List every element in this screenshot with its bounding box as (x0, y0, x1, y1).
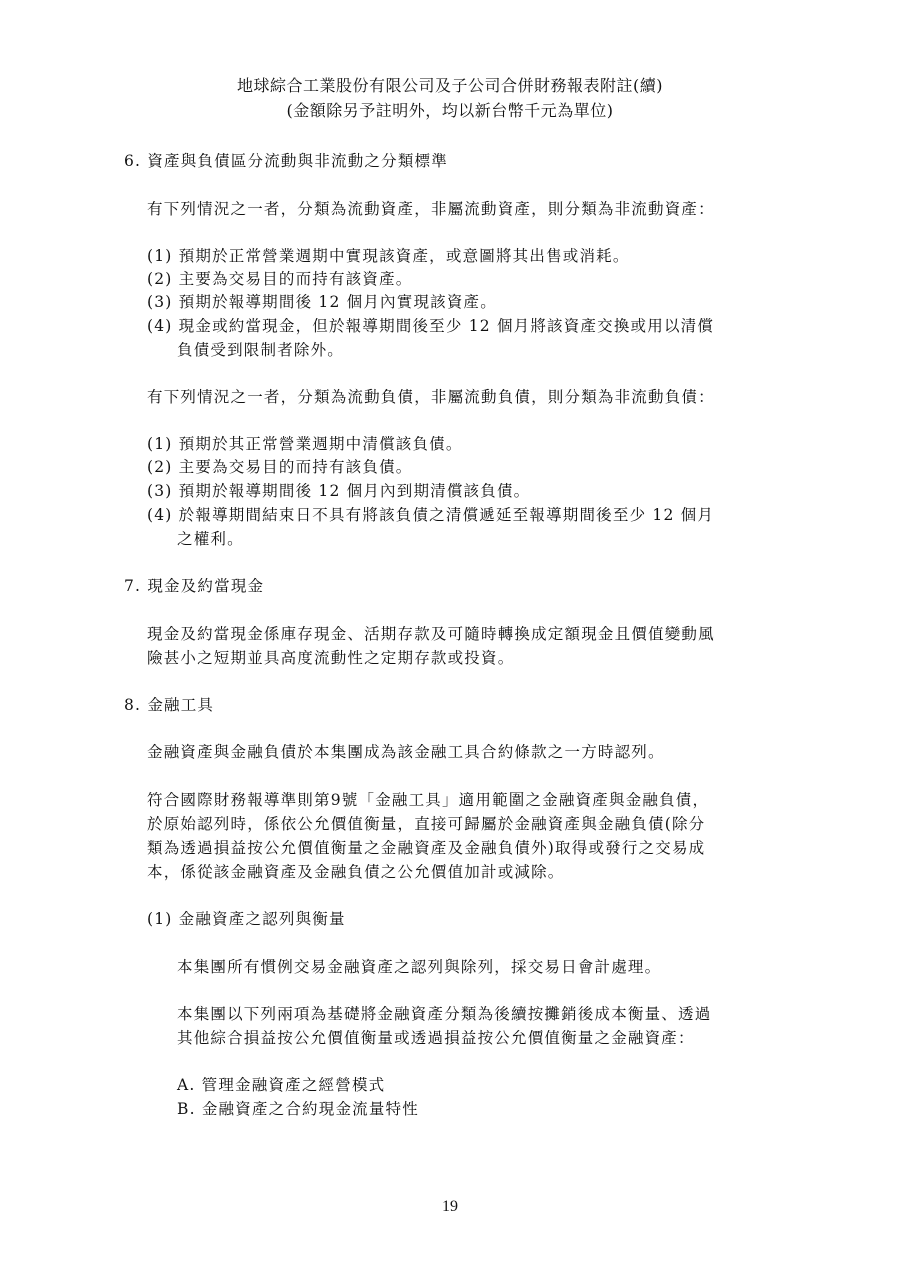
assets-item-2: (2) 主要為交易目的而持有該資產。 (147, 268, 412, 291)
page-number: 19 (0, 1198, 900, 1216)
liabilities-item-2: (2) 主要為交易目的而持有該負債。 (147, 456, 412, 479)
section-7-body-line-1: 現金及約當現金係庫存現金、活期存款及可隨時轉換成定額現金且價值變動風 (147, 623, 715, 646)
section-6-heading: 6. 資產與負債區分流動與非流動之分類標準 (124, 150, 448, 173)
document-page: 地球綜合工業股份有限公司及子公司合併財務報表附註(續) (金額除另予註明外，均以… (0, 0, 900, 1273)
assets-item-4-cont: 負債受到限制者除外。 (177, 339, 344, 362)
section-8-para-2-line-4: 本，係從該金融資產及金融負債之公允價值加計或減除。 (147, 861, 565, 884)
liabilities-item-3: (3) 預期於報導期間後 12 個月內到期清償該負債。 (147, 480, 530, 503)
liabilities-item-4: (4) 於報導期間結束日不具有將該負債之清償遞延至報導期間後至少 12 個月 (147, 504, 714, 527)
assets-item-1: (1) 預期於正常營業週期中實現該資產，或意圖將其出售或消耗。 (147, 245, 630, 268)
assets-item-3: (3) 預期於報導期間後 12 個月內實現該資產。 (147, 291, 497, 314)
assets-intro: 有下列情況之一者，分類為流動資產，非屬流動資產，則分類為非流動資產： (147, 198, 715, 221)
section-8-heading: 8. 金融工具 (124, 694, 214, 717)
subsection-1-item-a: A. 管理金融資產之經營模式 (177, 1074, 385, 1097)
subsection-1-para-2-line-1: 本集團以下列兩項為基礎將金融資產分類為後續按攤銷後成本衡量、透過 (177, 1003, 711, 1026)
section-8-para-2-line-2: 於原始認列時，係依公允價值衡量，直接可歸屬於金融資產與金融負債(除分 (147, 813, 705, 836)
section-7-heading: 7. 現金及約當現金 (124, 575, 264, 598)
section-8-para-2-line-3: 類為透過損益按公允價值衡量之金融資產及金融負債外)取得或發行之交易成 (147, 837, 705, 860)
document-title: 地球綜合工業股份有限公司及子公司合併財務報表附註(續) (0, 74, 900, 97)
subsection-1-para-1: 本集團所有慣例交易金融資產之認列與除列，採交易日會計處理。 (177, 956, 661, 979)
section-8-para-2-line-1: 符合國際財務報導準則第9號「金融工具」適用範圍之金融資產與金融負債， (147, 789, 709, 812)
section-8-para-1: 金融資產與金融負債於本集團成為該金融工具合約條款之一方時認列。 (147, 741, 665, 764)
document-subtitle: (金額除另予註明外，均以新台幣千元為單位) (0, 99, 900, 122)
liabilities-item-4-cont: 之權利。 (177, 528, 244, 551)
section-7-body-line-2: 險甚小之短期並具高度流動性之定期存款或投資。 (147, 647, 514, 670)
subsection-1-heading: (1) 金融資產之認列與衡量 (147, 908, 346, 931)
assets-item-4: (4) 現金或約當現金，但於報導期間後至少 12 個月將該資產交換或用以清償 (147, 315, 714, 338)
liabilities-item-1: (1) 預期於其正常營業週期中清償該負債。 (147, 433, 463, 456)
subsection-1-item-b: B. 金融資產之合約現金流量特性 (177, 1098, 419, 1121)
subsection-1-para-2-line-2: 其他綜合損益按公允價值衡量或透過損益按公允價值衡量之金融資產： (177, 1027, 695, 1050)
liabilities-intro: 有下列情況之一者，分類為流動負債，非屬流動負債，則分類為非流動負債： (147, 386, 715, 409)
